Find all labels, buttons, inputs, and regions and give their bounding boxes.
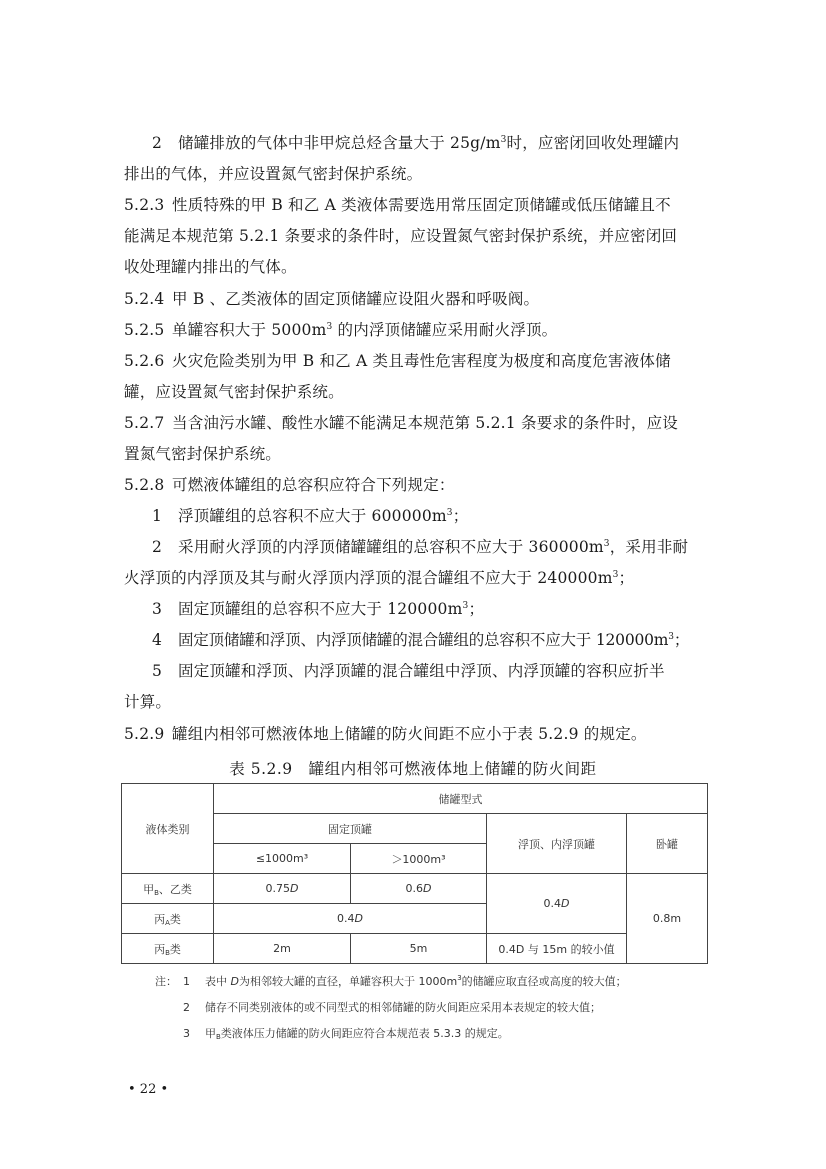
item-number: 2 [152,133,178,153]
clause-number: 5.2.3 [124,195,172,215]
clause-number: 5.2.4 [124,289,172,309]
table-header-row-1: 液体类别 储罐型式 [122,784,708,814]
clause-number: 5.2.8 [124,475,172,495]
paragraph-5-2-8-item-4: 4固定顶储罐和浮顶、内浮顶储罐的混合罐组的总容积不应大于 120000m3； [152,630,689,650]
table-caption-title: 罐组内相邻可燃液体地上储罐的防火间距 [309,760,597,778]
table-row: 甲B、乙类 0.75D 0.6D 0.4D 0.8m [122,874,708,904]
cell-le-1000: 2m [214,934,351,964]
paragraph-5-2-9: 5.2.9罐组内相邻可燃液体地上储罐的防火间距不应小于表 5.2.9 的规定。 [124,724,647,744]
paragraph-5-2-8-item-1: 1浮顶罐组的总容积不应大于 600000m3； [152,506,468,526]
note-lead: 注： [155,975,183,989]
paragraph-5-2-2-item-2-line-1: 2储罐排放的气体中非甲烷总烃含量大于 25g/m3时，应密闭回收处理罐内 [152,133,679,153]
paragraph-5-2-2-item-2-line-2: 排出的气体，并应设置氮气密封保护系统。 [124,164,422,184]
item-number: 4 [152,630,178,650]
paragraph-5-2-4: 5.2.4甲 B 、乙类液体的固定顶储罐应设阻火器和呼吸阀。 [124,289,539,309]
table-row: 丙B类 2m 5m 0.4D 与 15m 的较小值 [122,934,708,964]
header-floating-roof: 浮顶、内浮顶罐 [487,814,627,874]
clause-number: 5.2.5 [124,320,172,340]
clause-number: 5.2.9 [124,724,172,744]
item-number: 3 [152,599,178,619]
paragraph-5-2-7-line-2: 置氮气密封保护系统。 [124,444,281,464]
table-note-1: 注：1表中 D为相邻较大罐的直径，单罐容积大于 1000m3的储罐应取直径或高度… [155,975,627,989]
cell-gt-1000: 0.6D [351,874,487,904]
clause-number: 5.2.7 [124,413,172,433]
table-caption-number: 表 5.2.9 [229,760,292,778]
fire-spacing-table: 液体类别 储罐型式 固定顶罐 浮顶、内浮顶罐 卧罐 ≤1000m³ ＞1000m… [121,783,708,964]
paragraph-5-2-8-item-5: 5固定顶罐和浮顶、内浮顶罐的混合罐组中浮顶、内浮顶罐的容积应折半 [152,661,665,681]
page-number: • 22 • [128,1082,168,1097]
item-number: 2 [152,537,178,557]
paragraph-5-2-8-item-2: 2采用耐火浮顶的内浮顶储罐罐组的总容积不应大于 360000m3，采用非耐 [152,537,688,557]
table-caption: 表 5.2.9罐组内相邻可燃液体地上储罐的防火间距 [0,759,826,779]
table-note-3: 3甲B类液体压力储罐的防火间距应符合本规范表 5.3.3 的规定。 [183,1027,509,1044]
item-number: 1 [152,506,178,526]
paragraph-5-2-8: 5.2.8可燃液体罐组的总容积应符合下列规定： [124,475,455,495]
paragraph-5-2-3-line-1: 5.2.3性质特殊的甲 B 和乙 A 类液体需要选用常压固定顶储罐或低压储罐且不 [124,195,671,215]
header-liquid-class: 液体类别 [122,784,214,874]
cell-le-1000: 0.75D [214,874,351,904]
row-class: 丙A类 [122,904,214,934]
cell-horizontal-merged: 0.8m [627,874,708,964]
header-gt-1000: ＞1000m³ [351,844,487,874]
row-class: 丙B类 [122,934,214,964]
item-number: 5 [152,661,178,681]
paragraph-5-2-6-line-2: 罐，应设置氮气密封保护系统。 [124,382,344,402]
cell-fixed-merged: 0.4D [214,904,487,934]
cell-floating-merged: 0.4D [487,874,627,934]
header-tank-type: 储罐型式 [214,784,708,814]
cell-floating: 0.4D 与 15m 的较小值 [487,934,627,964]
paragraph-5-2-3-line-2: 能满足本规范第 5.2.1 条要求的条件时，应设置氮气密封保护系统，并应密闭回 [124,226,677,246]
paragraph-5-2-8-item-3: 3固定顶罐组的总容积不应大于 120000m3； [152,599,484,619]
paragraph-5-2-6-line-1: 5.2.6火灾危险类别为甲 B 和乙 A 类且毒性危害程度为极度和高度危害液体储 [124,351,671,371]
clause-number: 5.2.6 [124,351,172,371]
paragraph-5-2-8-item-2-cont: 火浮顶的内浮顶及其与耐火浮顶内浮顶的混合罐组不应大于 240000m3； [124,568,634,588]
header-fixed-roof: 固定顶罐 [214,814,487,844]
paragraph-5-2-8-item-5-cont: 计算。 [124,692,171,712]
cell-gt-1000: 5m [351,934,487,964]
header-le-1000: ≤1000m³ [214,844,351,874]
paragraph-5-2-7-line-1: 5.2.7当含油污水罐、酸性水罐不能满足本规范第 5.2.1 条要求的条件时，应… [124,413,678,433]
header-horizontal: 卧罐 [627,814,708,874]
paragraph-5-2-5: 5.2.5单罐容积大于 5000m3 的内浮顶储罐应采用耐火浮顶。 [124,320,557,340]
table-note-2: 2储存不同类别液体的或不同型式的相邻储罐的防火间距应采用本表规定的较大值； [183,1001,601,1015]
paragraph-5-2-3-line-3: 收处理罐内排出的气体。 [124,257,297,277]
row-class: 甲B、乙类 [122,874,214,904]
